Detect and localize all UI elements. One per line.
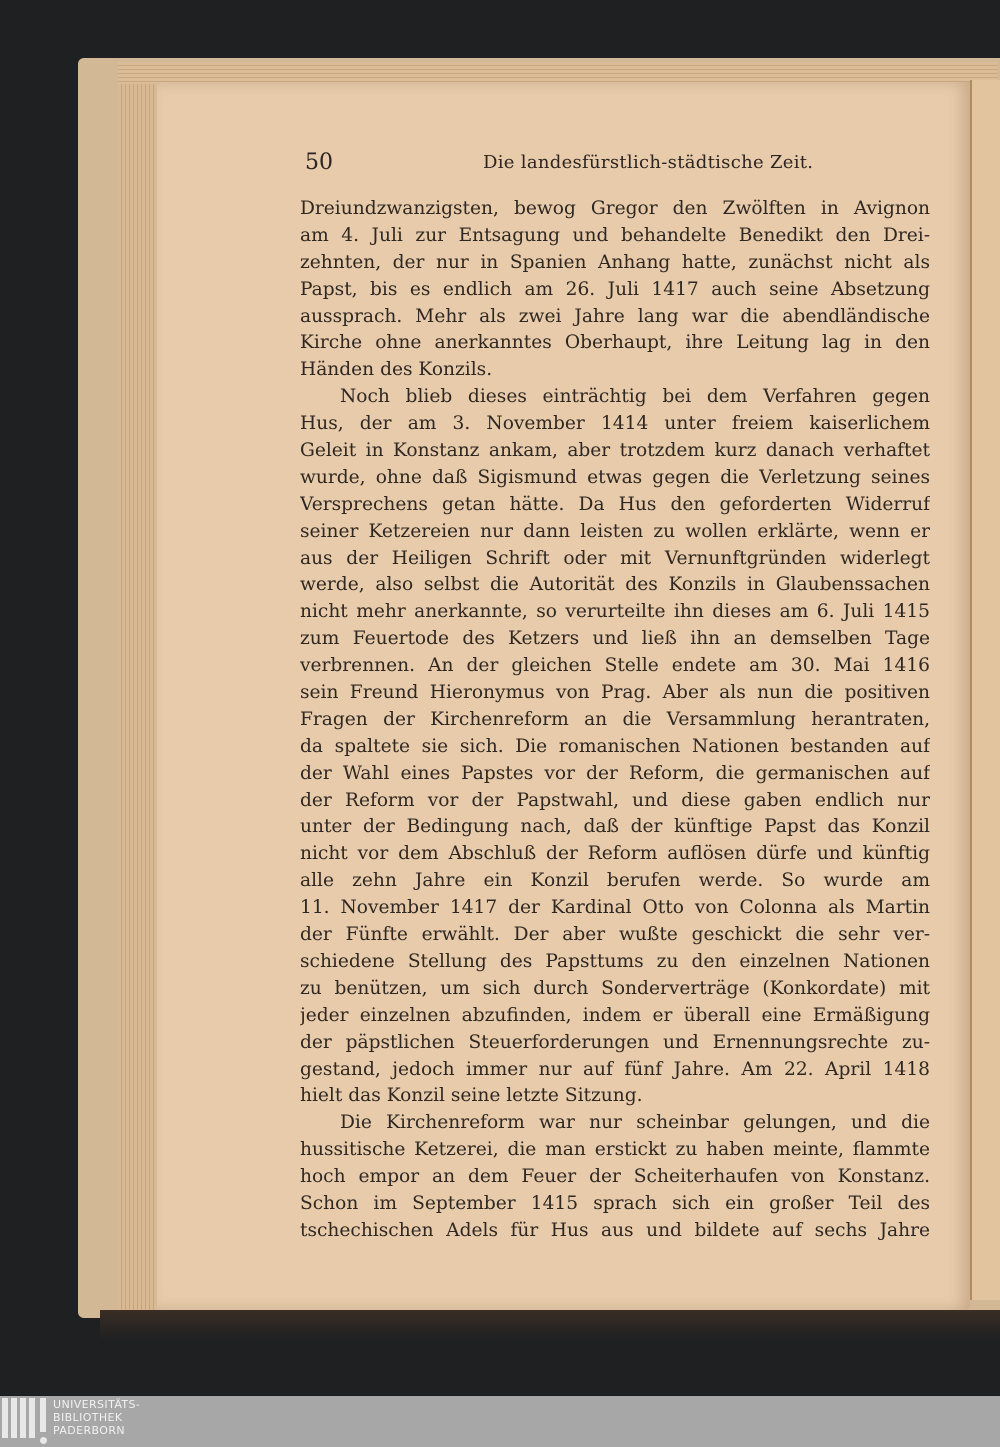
text-line: zu benützen, um sich durch Sonderverträg… bbox=[300, 976, 930, 1003]
text-line: hussitische Ketzerei, die man erstickt z… bbox=[300, 1137, 930, 1164]
text-line: Noch blieb dieses einträchtig bei dem Ve… bbox=[300, 384, 930, 411]
logo-line: PADERBORN bbox=[53, 1424, 140, 1437]
text-line: Hus, der am 3. November 1414 unter freie… bbox=[300, 411, 930, 438]
page-stack-top-edge bbox=[118, 62, 998, 84]
text-line: verbrennen. An der gleichen Stelle endet… bbox=[300, 653, 930, 680]
library-logo-bar: UNIVERSITÄTS- BIBLIOTHEK PADERBORN bbox=[0, 1396, 1000, 1447]
text-line: der Wahl eines Papstes vor der Reform, d… bbox=[300, 761, 930, 788]
text-line: nicht mehr anerkannte, so verurteilte ih… bbox=[300, 599, 930, 626]
page-number: 50 bbox=[305, 150, 333, 175]
text-line: Dreiundzwanzigsten, bewog Gregor den Zwö… bbox=[300, 196, 930, 223]
text-line: aus der Heiligen Schrift oder mit Vernun… bbox=[300, 546, 930, 573]
book-shadow bbox=[100, 1310, 1000, 1340]
text-line: aussprach. Mehr als zwei Jahre lang war … bbox=[300, 304, 930, 331]
logo-line: UNIVERSITÄTS- bbox=[53, 1398, 140, 1411]
logo-line: BIBLIOTHEK bbox=[53, 1411, 140, 1424]
text-line: tschechischen Adels für Hus aus und bild… bbox=[300, 1218, 930, 1245]
text-line: der päpstlichen Steuerforderungen und Er… bbox=[300, 1030, 930, 1057]
page-stack-edge bbox=[118, 70, 158, 1312]
text-line: seiner Ketzereien nur dann leisten zu wo… bbox=[300, 519, 930, 546]
running-title: Die landesfürstlich-städtische Zeit. bbox=[483, 152, 813, 173]
text-line: Geleit in Konstanz ankam, aber trotzdem … bbox=[300, 438, 930, 465]
text-line: Papst, bis es endlich am 26. Juli 1417 a… bbox=[300, 277, 930, 304]
text-line: gestand, jedoch immer nur auf fünf Jahre… bbox=[300, 1057, 930, 1084]
text-line: hoch empor an dem Feuer der Scheiterhauf… bbox=[300, 1164, 930, 1191]
text-line: nicht vor dem Abschluß der Reform auflös… bbox=[300, 841, 930, 868]
text-line: Kirche ohne anerkanntes Oberhaupt, ihre … bbox=[300, 330, 930, 357]
text-line: am 4. Juli zur Entsagung und behandelte … bbox=[300, 223, 930, 250]
text-line: 11. November 1417 der Kardinal Otto von … bbox=[300, 895, 930, 922]
text-line: der Reform vor der Papstwahl, und diese … bbox=[300, 788, 930, 815]
library-logo-text: UNIVERSITÄTS- BIBLIOTHEK PADERBORN bbox=[53, 1398, 140, 1437]
text-line: schiedene Stellung des Papsttums zu den … bbox=[300, 949, 930, 976]
text-line: Händen des Konzils. bbox=[300, 357, 930, 384]
text-line: alle zehn Jahre ein Konzil berufen werde… bbox=[300, 868, 930, 895]
text-line: sein Freund Hieronymus von Prag. Aber al… bbox=[300, 680, 930, 707]
text-line: zum Feuertode des Ketzers und ließ ihn a… bbox=[300, 626, 930, 653]
text-line: der Fünfte erwählt. Der aber wußte gesch… bbox=[300, 922, 930, 949]
text-line: Fragen der Kirchenreform an die Versamml… bbox=[300, 707, 930, 734]
text-line: Die Kirchenreform war nur scheinbar gelu… bbox=[300, 1110, 930, 1137]
text-line: wurde, ohne daß Sigismund etwas gegen di… bbox=[300, 465, 930, 492]
library-bars-icon bbox=[2, 1398, 46, 1444]
text-line: Schon im September 1415 sprach sich ein … bbox=[300, 1191, 930, 1218]
text-line: werde, also selbst die Autorität des Kon… bbox=[300, 572, 930, 599]
text-line: jeder einzelnen abzufinden, indem er übe… bbox=[300, 1003, 930, 1030]
text-line: zehnten, der nur in Spanien Anhang hatte… bbox=[300, 250, 930, 277]
text-line: unter der Bedingung nach, daß der künfti… bbox=[300, 814, 930, 841]
body-text: Dreiundzwanzigsten, bewog Gregor den Zwö… bbox=[300, 196, 930, 1245]
facing-page-edge bbox=[970, 80, 1000, 1300]
text-line: Versprechens getan hätte. Da Hus den gef… bbox=[300, 492, 930, 519]
text-line: da spaltete sie sich. Die romanischen Na… bbox=[300, 734, 930, 761]
running-head: 50 Die landesfürstlich-städtische Zeit. bbox=[305, 150, 885, 180]
text-line: hielt das Konzil seine letzte Sitzung. bbox=[300, 1083, 930, 1110]
